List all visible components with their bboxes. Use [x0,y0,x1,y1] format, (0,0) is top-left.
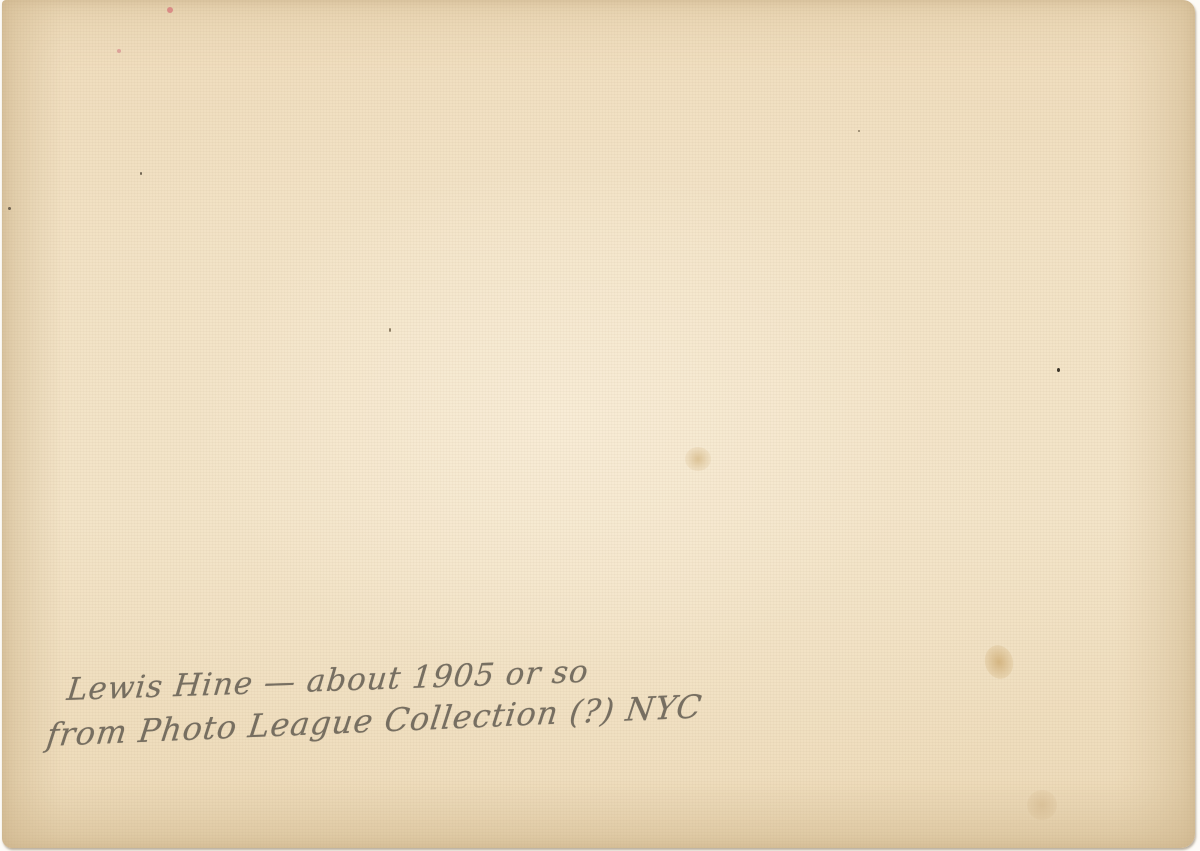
dark-speck [389,328,391,332]
dark-speck [858,130,860,132]
stain-spot-right [981,642,1017,682]
red-speck [117,49,121,53]
photo-card-back: Lewis Hine — about 1905 or so from Photo… [2,0,1195,848]
handwritten-inscription: Lewis Hine — about 1905 or so from Photo… [47,672,667,782]
scan-background: Lewis Hine — about 1905 or so from Photo… [0,0,1200,851]
dark-speck [140,172,142,175]
stain-spot-lower-right [1027,790,1057,820]
stain-spot-center [685,447,711,471]
red-speck [167,7,173,13]
dark-speck [1057,368,1060,372]
dark-speck [8,207,11,210]
